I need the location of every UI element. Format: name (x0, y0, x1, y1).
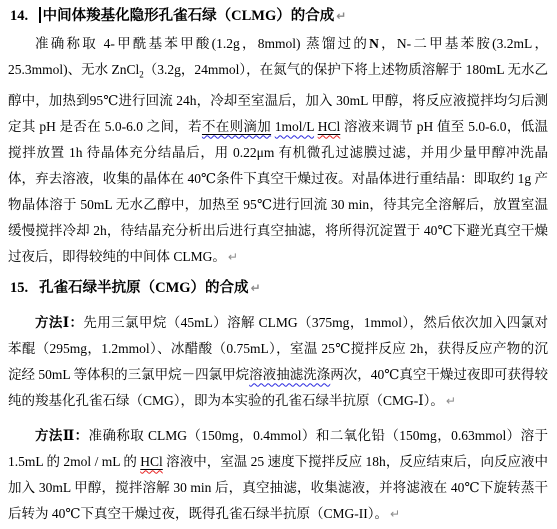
text-run: 15. (10, 280, 28, 296)
paragraph[interactable]: 准确称取 4-甲酰基苯甲酸(1.2g，8mmol) 蒸馏过的N，N-二甲基苯胺(… (8, 31, 548, 270)
spellcheck-mark: HCl (140, 454, 163, 469)
text-run: 溶液抽滤洗涤 (249, 367, 330, 382)
text-run: 14. (10, 8, 28, 24)
text-run: 准确称取 4-甲酰基苯甲酸(1.2g，8mmol) 蒸馏过的 (35, 36, 369, 51)
text-run: 方法Ⅰ： (35, 315, 83, 330)
section-heading[interactable]: 14.中间体羧基化隐形孔雀石绿（CLMG）的合成↵ (10, 3, 548, 29)
paragraph-mark: ↵ (390, 507, 400, 521)
text-run: HCl (140, 454, 163, 469)
spellcheck-mark: HCl (318, 119, 341, 134)
text-cursor-caret (39, 7, 41, 23)
text-run: HCl (318, 119, 341, 134)
paragraph[interactable]: 方法Ⅰ：先用三氯甲烷（45mL）溶解 CLMG（375mg，1mmol），然后依… (8, 310, 548, 414)
document-section: 15.孔雀石绿半抗原（CMG）的合成↵方法Ⅰ：先用三氯甲烷（45mL）溶解 CL… (8, 275, 548, 527)
paragraph-mark: ↵ (228, 250, 238, 264)
spellcheck-mark: 不在则滴加 (202, 119, 271, 134)
text-run: N (369, 36, 379, 51)
paragraph-mark: ↵ (336, 9, 346, 23)
paragraph-mark: ↵ (446, 394, 456, 408)
text-run: 方法Ⅱ： (35, 428, 89, 443)
text-run: 中间体羧基化隐形孔雀石绿（CLMG）的合成 (43, 8, 335, 24)
section-heading[interactable]: 15.孔雀石绿半抗原（CMG）的合成↵ (10, 275, 548, 301)
text-run: 溶液来调节 pH 值至 5.0-6.0，低温搅拌放置 1h 待晶体充分结晶后，用… (8, 119, 548, 264)
text-run: 孔雀石绿半抗原（CMG）的合成 (39, 280, 248, 296)
text-run: 不在则滴加 (202, 119, 271, 134)
paragraph-mark: ↵ (251, 281, 261, 295)
text-run: 1mol/L (275, 119, 314, 134)
document-section: 14.中间体羧基化隐形孔雀石绿（CLMG）的合成↵准确称取 4-甲酰基苯甲酸(1… (8, 3, 548, 270)
document-page[interactable]: 14.中间体羧基化隐形孔雀石绿（CLMG）的合成↵准确称取 4-甲酰基苯甲酸(1… (0, 0, 557, 527)
paragraph[interactable]: 方法Ⅱ：准确称取 CLMG（150mg，0.4mmol）和二氧化铅（150mg，… (8, 423, 548, 527)
